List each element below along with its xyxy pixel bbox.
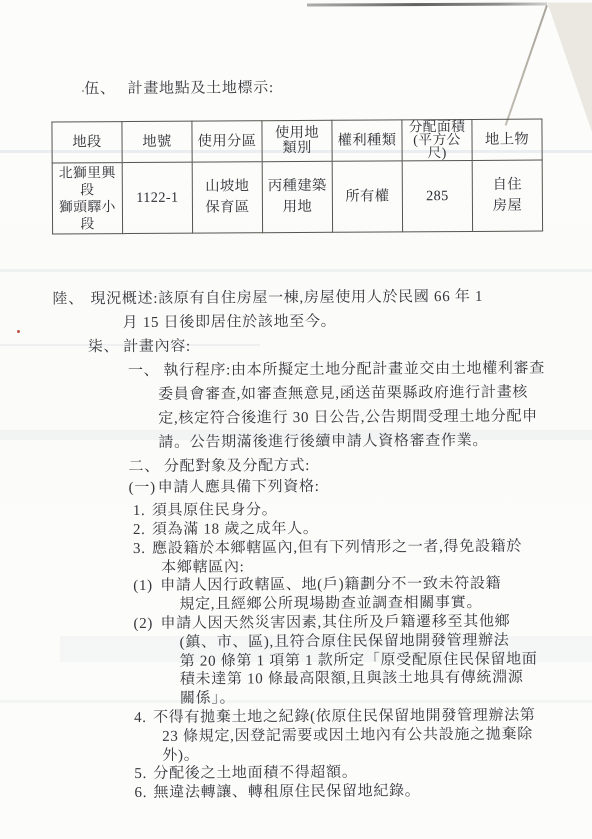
section-6-current-status: 陸、現況概述:該原有自住房屋一棟,房屋使用人於民國 66 年 1 月 15 日後… [87,285,591,336]
qualification-1-text: 須具原住民身分。 [152,502,278,519]
qualification-3-case-1: (1)申請人因行政轄區、地(戶)籍劃分不一致未符設籍 規定,且經鄉公所現場勘查並… [156,575,592,615]
col-header-land-section: 地段 [52,122,122,164]
qualification-2-text: 須為滿 18 歲之成年人。 [152,521,319,538]
qualification-4: 4.不得有拋棄土地之紀錄(依原住民保留地開發管理辦法第 23 條規定,因登記需要… [148,706,592,765]
scanned-page: 伍、計畫地點及土地標示: 地段 地號 使用分區 使用地 類別 權利種類 分配面積… [0,0,592,839]
cell-improvements: 自住 房屋 [472,160,542,231]
qualification-6: 6.無違法轉讓、轉租原住民保留地紀錄。 [148,781,592,803]
item-1-text: 執行程序:由本所擬定土地分配計畫並交由土地權利審查 委員會審查,如審查無意見,函… [158,361,545,451]
sub-item-marker: (一) [129,479,156,498]
item-2-title: 分配對象及分配方式: [164,458,310,475]
case-1-text: 申請人因行政轄區、地(戶)籍劃分不一致未符設籍 規定,且經鄉公所現場勘查並調查相… [160,576,501,613]
item-1-marker: 一、 [143,359,160,383]
col-header-right-type: 權利種類 [332,120,402,162]
section-5-title: 計畫地點及土地標示: [128,80,274,97]
col-header-zoning: 使用分區 [192,121,262,163]
item-1-execution-procedure: 一、執行程序:由本所擬定土地分配計畫並交由土地權利審查 委員會審查,如審查無意見… [143,357,592,456]
section-5-heading: 伍、計畫地點及土地標示: [84,76,590,99]
table-header-row: 地段 地號 使用分區 使用地 類別 權利種類 分配面積 (平方公 尺) 地上物 [52,119,542,163]
qualification-3-text: 應設籍於本鄉轄區內,但有下列情形之一者,得免設籍於 本鄉轄區內: [152,538,522,575]
case-2-text: 申請人因天然災害因素,其住所及戶籍遷移至其他鄉 (鎮、市、區),且符合原住民保留… [160,614,537,707]
cell-zoning: 山坡地 保育區 [192,162,262,233]
qualification-list: (一)申請人應具備下列資格: 1.須具原住民身分。 2.須為滿 18 歲之成年人… [1,477,592,804]
cell-parcel-number: 1122-1 [122,163,192,234]
cell-land-use-category: 丙種建築 用地 [262,162,332,233]
section-5-marker: 伍、 [84,79,116,99]
col-header-improvements: 地上物 [472,119,542,161]
qualification-5-text: 分配後之土地面積不得超額。 [153,765,357,782]
qualification-4-text: 不得有拋棄土地之紀錄(依原住民保留地開發管理辦法第 23 條規定,因登記需要或因… [153,708,536,764]
cell-land-section: 北獅里興段 獅頭驛小段 [52,163,122,234]
section-6-text: 現況概述:該原有自住房屋一棟,房屋使用人於民國 66 年 1 月 15 日後即居… [90,289,483,331]
qualification-3-case-2: (2)申請人因天然災害因素,其住所及戶籍遷移至其他鄉 (鎮、市、區),且符合原住… [156,612,592,709]
sub-item-title: 申請人應具備下列資格: [158,479,320,496]
table-row: 北獅里興段 獅頭驛小段 1122-1 山坡地 保育區 丙種建築 用地 所有權 2… [52,160,542,234]
section-7-marker: 柒、 [88,335,120,359]
sub-item-applicant-qualifications: (一)申請人應具備下列資格: [129,477,592,499]
cell-right-type: 所有權 [332,161,402,232]
col-header-land-use-category: 使用地 類別 [262,120,332,162]
section-7-heading: 柒、計畫內容: [88,333,592,360]
item-2-marker: 二、 [143,455,160,479]
col-header-allocated-area: 分配面積 (平方公 尺) [402,119,472,161]
document-body: 伍、計畫地點及土地標示: 地段 地號 使用分區 使用地 類別 權利種類 分配面積… [0,0,592,839]
land-parcel-table: 地段 地號 使用分區 使用地 類別 權利種類 分配面積 (平方公 尺) 地上物 … [51,119,543,235]
qualification-3: 3.應設籍於本鄉轄區內,但有下列情形之一者,得免設籍於 本鄉轄區內: [147,537,592,577]
qualification-6-text: 無違法轉讓、轉租原住民保留地紀錄。 [153,783,420,801]
item-2-allocation-targets: 二、分配對象及分配方式: [143,453,592,480]
cell-allocated-area: 285 [402,161,472,232]
col-header-parcel-number: 地號 [122,121,192,163]
section-7-title: 計畫內容: [123,339,191,355]
